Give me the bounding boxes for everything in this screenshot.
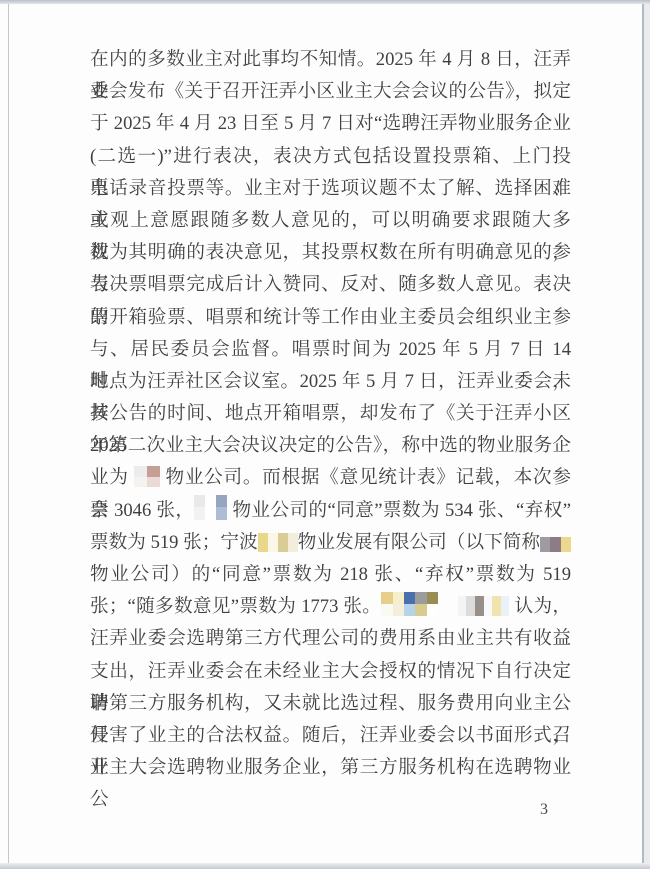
document-line: 委会发布《关于召开汪弄小区业主大会会议的公告》，拟定	[90, 76, 571, 108]
line-text	[438, 596, 457, 617]
document-line: 张；“随多数意见”票数为 1773 张。 认为，	[90, 591, 571, 623]
line-text: 年第二次业主大会决议决定的公告》，称中选的物业服务企	[90, 435, 571, 456]
redaction-mosaic	[134, 466, 160, 487]
line-text: 业主大会选聘物业服务企业，第三方服务机构在选聘物业公	[90, 757, 571, 810]
scan-edge-bottom	[0, 863, 650, 869]
document-line: 视为其明确的表决意见，其投票权数在所有明确意见的参与	[90, 237, 571, 269]
document-line: 票数为 519 张；宁波物业发展有限公司（以下简称	[90, 527, 571, 559]
document-line: 物业公司）的“同意”票数为 218 张、“弃权”票数为 519	[90, 559, 571, 591]
line-text: 认为，	[510, 596, 571, 617]
line-text: 张；“随多数意见”票数为 1773 张。	[90, 596, 381, 617]
redaction-mosaic	[540, 537, 571, 552]
scan-edge-top	[0, 0, 650, 4]
line-text: 汪弄业委会选聘第三方代理公司的费用系由业主共有收益	[90, 628, 571, 649]
document-line: 支出，汪弄业委会在未经业主大会授权的情况下自行决定聘	[90, 656, 571, 688]
document-text: 在内的多数业主对此事均不知情。2025 年 4 月 8 日，汪弄业委会发布《关于…	[90, 44, 571, 784]
document-line: 于 2025 年 4 月 23 日至 5 月 7 日对“选聘汪弄物业服务企业	[90, 108, 571, 140]
document-line: 业主大会选聘物业服务企业，第三方服务机构在选聘物业公	[90, 752, 571, 784]
document-line: 电话录音投票等。业主对于选项议题不太了解、选择困难或	[90, 173, 571, 205]
redaction-mosaic	[458, 596, 510, 616]
line-text: 业为	[90, 467, 134, 488]
document-line: 其公告的时间、地点开箱唱票，却发布了《关于汪弄小区 2025	[90, 398, 571, 430]
redaction-mosaic	[381, 592, 438, 616]
scanned-document-page: 在内的多数业主对此事均不知情。2025 年 4 月 8 日，汪弄业委会发布《关于…	[0, 0, 650, 869]
document-line: 表决票唱票完成后计入赞同、反对、随多数人意见。表决票	[90, 269, 571, 301]
document-line: 业为 物业公司。而根据《意见统计表》记载，本次参会	[90, 462, 571, 494]
line-text: 物业发展有限公司（以下简称	[298, 532, 540, 553]
line-text: 票 3046 张，	[90, 500, 194, 521]
page-number: 3	[532, 801, 556, 819]
document-line: 请第三方服务机构，又未就比选过程、服务费用向业主公开，	[90, 688, 571, 720]
document-line: 年第二次业主大会决议决定的公告》，称中选的物业服务企	[90, 430, 571, 462]
document-line: 的开箱验票、唱票和统计等工作由业主委员会组织业主参	[90, 302, 571, 334]
document-line: 侵害了业主的合法权益。随后，汪弄业委会以书面形式召开	[90, 720, 571, 752]
document-line: (二选一)”进行表决，表决方式包括设置投票箱、上门投票、	[90, 141, 571, 173]
redaction-mosaic	[258, 533, 298, 552]
document-line: 与、居民委员会监督。唱票时间为 2025 年 5 月 7 日 14 时，	[90, 334, 571, 366]
scan-edge-left	[8, 4, 9, 863]
line-text: 物业公司）的“同意”票数为 218 张、“弃权”票数为 519	[90, 564, 571, 585]
document-line: 地点为汪弄社区会议室。2025 年 5 月 7 日，汪弄业委会未按	[90, 366, 571, 398]
scan-edge-right-shade	[644, 4, 650, 863]
redaction-mosaic	[194, 495, 227, 520]
document-line: 主观上意愿跟随多数人意见的，可以明确要求跟随大多数，	[90, 205, 571, 237]
line-text: 的开箱验票、唱票和统计等工作由业主委员会组织业主参	[90, 307, 571, 328]
document-line: 票 3046 张， 物业公司的“同意”票数为 534 张、“弃权”	[90, 495, 571, 527]
line-text: 物业公司的“同意”票数为 534 张、“弃权”	[227, 500, 571, 521]
document-line: 在内的多数业主对此事均不知情。2025 年 4 月 8 日，汪弄业	[90, 44, 571, 76]
line-text: 于 2025 年 4 月 23 日至 5 月 7 日对“选聘汪弄物业服务企业	[90, 113, 571, 134]
line-text: 委会发布《关于召开汪弄小区业主大会会议的公告》，拟定	[90, 81, 571, 102]
scan-edge-right	[642, 4, 644, 863]
line-text: 票数为 519 张；宁波	[90, 532, 258, 553]
document-line: 汪弄业委会选聘第三方代理公司的费用系由业主共有收益	[90, 623, 571, 655]
